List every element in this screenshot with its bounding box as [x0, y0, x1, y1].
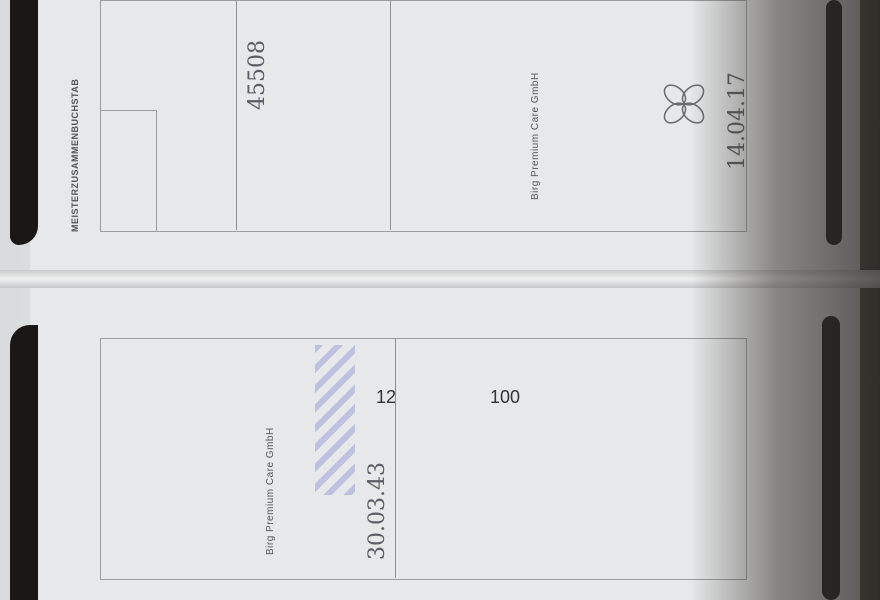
binding-left-bottom: [10, 325, 38, 600]
handwritten-date-bottom: 30.03.43: [365, 462, 390, 560]
blue-stamp: [315, 345, 355, 495]
overlay-label-100: 100: [490, 387, 520, 408]
shadow: [690, 0, 880, 600]
form-divider: [236, 0, 237, 230]
overlay-label-12: 12: [376, 387, 396, 408]
binding-left-top: [10, 0, 38, 245]
service-form-top: [100, 0, 747, 232]
handwritten-code: 45508: [245, 40, 270, 110]
form-divider: [395, 338, 396, 578]
checkbox-table: [100, 110, 157, 232]
company-name-top: Birg Premium Care GmbH: [530, 72, 541, 200]
form-heading: MEISTERZUSAMMENBUCHSTAB: [70, 79, 80, 232]
service-form-bottom: [100, 338, 747, 580]
company-name-bottom: Birg Premium Care GmbH: [265, 427, 276, 555]
form-divider: [390, 0, 391, 230]
